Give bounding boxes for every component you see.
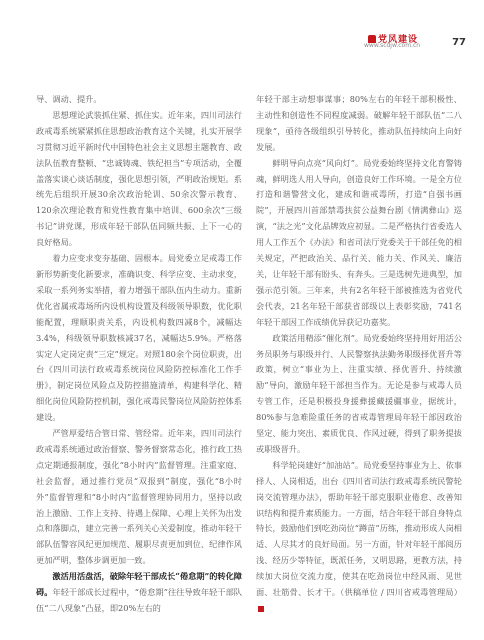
paragraph: 着力应变求变夯基础、固根本。局党委立足戒毒工作新形势新变化新要求，准确识变、科学…: [36, 251, 242, 426]
paragraph: 政策活用精添“催化剂”。局党委始终坚持用好用活公务员职务与职级并行、人民警察执法…: [256, 331, 462, 458]
paragraph: 年轻干部主动想事谋事；80%左右的年轻干部积极性、主动性和创造性不同程度减弱。破…: [256, 92, 462, 156]
paragraph: 思想理论武装抓住紧、抓住实。近年来，四川司法行政戒毒系统紧紧抓住思想政治教育这个…: [36, 108, 242, 251]
paragraph: 科学轮岗建好“加油站”。局党委坚持事业为上、依事择人、人岗相适，出台《四川省司法…: [256, 458, 462, 617]
paragraph: 激活用活盘活，破除年轻干部成长“倦怠期”的转化障碍。年轻干部成长过程中，“倦怠期…: [36, 569, 242, 617]
page-header: 党风建设 www.scdjw.com.cn 77: [364, 30, 474, 60]
paragraph-text: 年轻干部成长过程中，“倦怠期”往往导致年轻干部队伍“二八现象”凸显，即20%左右…: [36, 587, 242, 613]
right-column: 年轻干部主动想事谋事；80%左右的年轻干部积极性、主动性和创造性不同程度减弱。破…: [256, 92, 462, 617]
end-mark-icon: [258, 606, 264, 612]
left-column: 导、调动、提升。 思想理论武装抓住紧、抓住实。近年来，四川司法行政戒毒系统紧紧抓…: [36, 92, 242, 617]
paragraph: 严管厚爱结合管日常、管经常。近年来，四川司法行政戒毒系统通过政治督察、警务督察常…: [36, 426, 242, 569]
website-url: www.scdjw.com.cn: [364, 42, 420, 49]
paragraph-text: 科学轮岗建好“加油站”。局党委坚持事业为上、依事择人、人岗相适，出台《四川省司法…: [256, 460, 462, 597]
page-number: 77: [452, 37, 466, 48]
paragraph: 导、调动、提升。: [36, 92, 242, 108]
paragraph: 鲜明导向点亮“风向灯”。局党委始终坚持文化育警铸魂，鲜明选人用人导向，创造良好工…: [256, 156, 462, 331]
